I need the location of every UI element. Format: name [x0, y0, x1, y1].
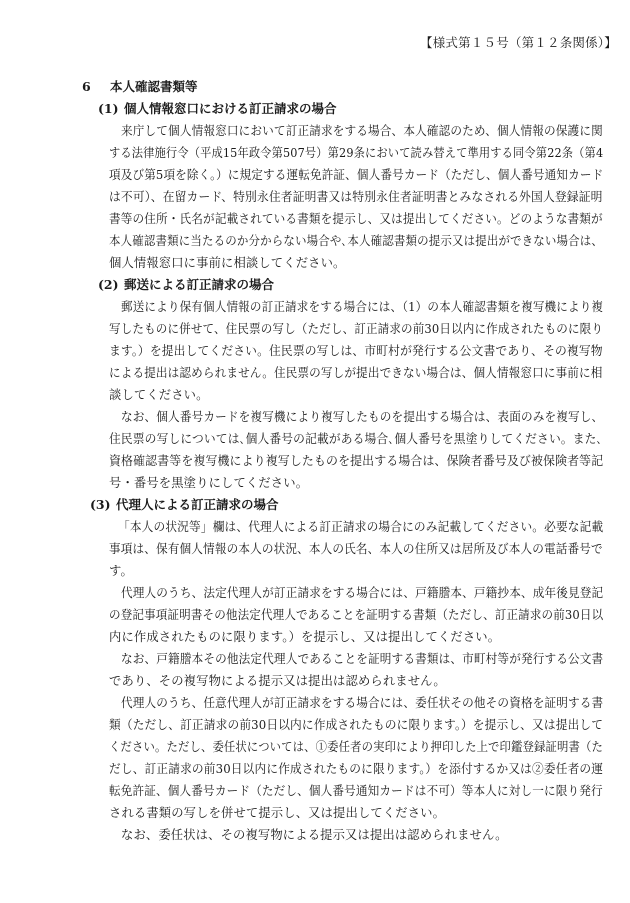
subsection-title: 個人情報窓口における訂正請求の場合 [124, 101, 337, 116]
paragraph-line: の登記事項証明書その他法定代理人であることを証明する書類（ただし、訂正請求の前3… [109, 605, 603, 623]
paragraph-line: なお、委任状は、その複写物による提示又は提出は認められません。 [121, 825, 508, 843]
paragraph-line: 郵送により保有個人情報の訂正請求をする場合には、（1）の本人確認書類を複写機によ… [121, 297, 603, 315]
paragraph-line: 代理人のうち、法定代理人が訂正請求をする場合には、戸籍謄本、戸籍抄本、成年後見登… [121, 583, 603, 601]
paragraph-line: なお、戸籍謄本その他法定代理人であることを証明する書類は、市町村等が発行する公文… [121, 649, 603, 667]
subsection-heading: (2)郵送による訂正請求の場合 [98, 275, 274, 293]
subsection-heading: (1)個人情報窓口における訂正請求の場合 [98, 99, 337, 117]
paragraph-line: 来庁して個人情報窓口において訂正請求をする場合、本人確認のため、個人情報の保護に… [121, 121, 603, 139]
paragraph-line: 個人情報窓口に事前に相談してください。 [109, 253, 346, 271]
paragraph-line: 類（ただし、訂正請求の前30日以内に作成されたものに限ります。）を提示し、又は提… [109, 715, 603, 733]
paragraph-line: 談してください。 [109, 385, 209, 403]
paragraph-line: ます。）を提出してください。住民票の写しは、市町村が発行する公文書であり、その複… [109, 341, 603, 359]
paragraph-line: 転免許証、個人番号カード（ただし、個人番号通知カードは不可）等本人に対し一に限り… [109, 781, 603, 799]
paragraph-line: による提出は認められません。住民票の写しが提出できない場合は、個人情報窓口に事前… [109, 363, 603, 381]
form-label: 【様式第１５号（第１２条関係）】 [420, 33, 617, 51]
paragraph-line: される書類の写しを併せて提示し、又は提出してください。 [109, 803, 445, 821]
paragraph-line: 書等の住所・氏名が記載されている書類を提示し、又は提出してください。どのような書… [109, 209, 603, 227]
paragraph-line: する法律施行令（平成15年政令第507号）第29条において読み替えて準用する同令… [109, 143, 603, 161]
subsection-number: (2) [98, 277, 124, 292]
paragraph-line: 資格確認書等を複写機により複写したものを提出する場合は、保険者番号及び被保険者等… [109, 451, 603, 469]
paragraph-line: 内に作成されたものに限ります。）を提示し、又は提出してください。 [109, 627, 500, 645]
subsection-number: (3) [90, 497, 116, 512]
paragraph-line: 代理人のうち、任意代理人が訂正請求をする場合には、委任状その他その資格を証明する… [121, 693, 603, 711]
subsection-number: (1) [98, 101, 124, 116]
paragraph-line: 「本人の状況等」欄は、代理人による訂正請求の場合にのみ記載してください。必要な記… [118, 517, 603, 535]
paragraph-line: 事項は、保有個人情報の本人の状況、本人の氏名、本人の住所又は居所及び本人の電話番… [109, 539, 603, 557]
subsection-title: 郵送による訂正請求の場合 [124, 277, 274, 292]
subsection-heading: (3)代理人による訂正請求の場合 [90, 495, 279, 513]
paragraph-line: 住民票の写しについては､個人番号の記載がある場合､個人番号を黒塗りしてください。… [109, 429, 603, 447]
subsection-title: 代理人による訂正請求の場合 [116, 497, 279, 512]
section-number: 6 [82, 79, 110, 94]
section-title-text: 本人確認書類等 [110, 79, 198, 94]
paragraph-line: 写したものに併せて、住民票の写し（ただし、訂正請求の前30日以内に作成されたもの… [109, 319, 603, 337]
paragraph-line: なお、個人番号カードを複写機により複写したものを提出する場合は、表面のみを複写し… [121, 407, 603, 425]
paragraph-line: であり、その複写物による提示又は提出は認められません。 [109, 671, 446, 689]
paragraph-line: 号・番号を黒塗りにしてください。 [109, 473, 308, 491]
paragraph-line: 本人確認書類に当たるのか分からない場合や､本人確認書類の提示又は提出ができない場… [109, 231, 603, 249]
section-title: 6本人確認書類等 [82, 77, 198, 95]
paragraph-line: ください。ただし、委任状については、①委任者の実印により押印した上で印鑑登録証明… [109, 737, 603, 755]
paragraph-line: は不可）、在留カード、特別永住者証明書又は特別永住者証明書とみなされる外国人登録… [109, 187, 603, 205]
paragraph-line: 項及び第5項を除く。）に規定する運転免許証、個人番号カード（ただし、個人番号通知… [109, 165, 603, 183]
paragraph-line: す。 [109, 561, 133, 579]
paragraph-line: だし、訂正請求の前30日以内に作成されたものに限ります。）を添付するか又は②委任… [109, 759, 603, 777]
